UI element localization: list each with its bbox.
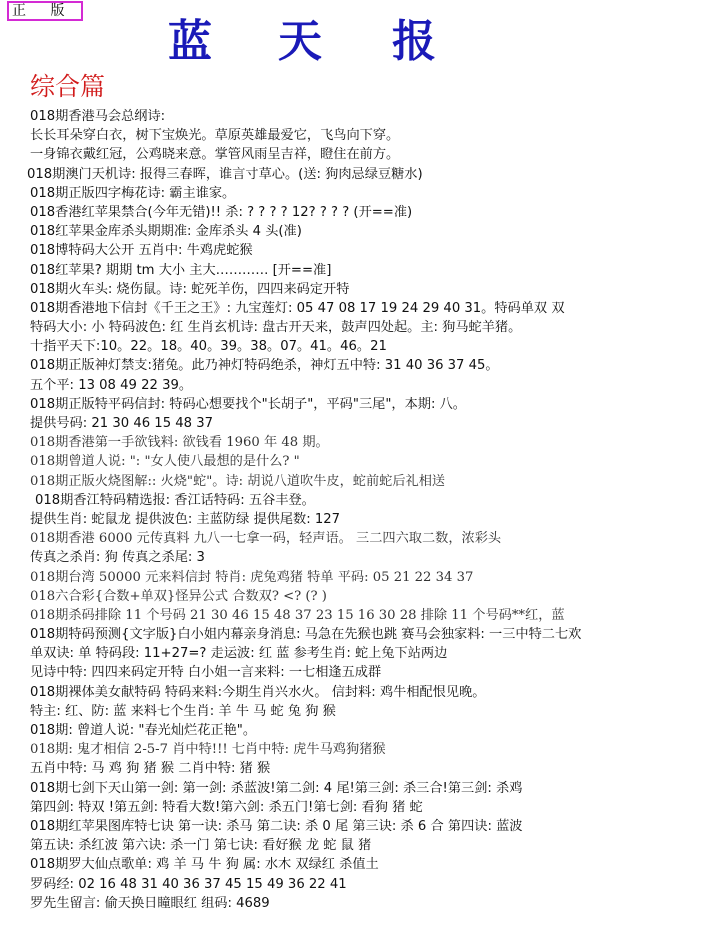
text-line: 018香港红苹果禁合(今年无错)!! 杀: ? ? ? ? 12? ? ? ? … — [30, 203, 706, 222]
text-line: 罗码经: 02 16 48 31 40 36 37 45 15 49 36 22… — [30, 875, 706, 894]
section-title: 综合篇 — [30, 70, 105, 104]
text-line: 018期澳门天机诗: 报得三春晖，谁言寸草心。(送: 狗肉忌绿豆糖水) — [27, 165, 706, 184]
text-line: 018期裸体美女献特码 特码来料:今期生肖兴水火。 信封料: 鸡牛相配恨见晚。 — [30, 683, 706, 702]
text-line: 018期: 曾道人说: "春光灿烂花正艳"。 — [30, 721, 706, 740]
text-line: 018期香港第一手欲钱料: 欲钱看 1960 年 48 期。 — [30, 433, 706, 452]
text-line: 提供生肖: 蛇鼠龙 提供波色: 主蓝防绿 提供尾数: 127 — [30, 510, 706, 529]
text-line: 018期正版特平码信封: 特码心想要找个"长胡子"，平码"三尾"，本期: 八。 — [30, 395, 706, 414]
text-line: 018期正版神灯禁支:猪兔。此乃神灯特码绝杀，神灯五中特: 31 40 36 3… — [30, 356, 706, 375]
text-line: 单双诀: 单 特码段: 11+27=? 走运波: 红 蓝 参考生肖: 蛇上兔下站… — [30, 644, 706, 663]
text-line: 018期香港马会总纲诗: — [30, 107, 706, 126]
text-line: 018期罗大仙点歌单: 鸡 羊 马 牛 狗 属: 水木 双绿红 杀值土 — [30, 855, 706, 874]
text-line: 十指平天下:10。22。18。40。39。38。07。41。46。21 — [30, 337, 706, 356]
text-line: 018博特码大公开 五肖中: 牛鸡虎蛇猴 — [30, 241, 706, 260]
text-line: 见诗中特: 四四来码定开特 白小姐一言来料: 一七相逢五成群 — [30, 663, 706, 682]
text-line: 018期红苹果图库特七诀 第一诀: 杀马 第二诀: 杀 0 尾 第三诀: 杀 6… — [30, 817, 706, 836]
text-line: 018红苹果? 期期 tm 大小 主大………… [开==准] — [30, 261, 706, 280]
text-line: 罗先生留言: 偷天换日瞳眼红 组码: 4689 — [30, 894, 706, 913]
text-line: 018期正版火烧图解:: 火烧"蛇"。诗: 胡说八道吹牛皮，蛇前蛇后礼相送 — [30, 472, 706, 491]
text-line: 018期香港地下信封《千王之王》: 九宝莲灯: 05 47 08 17 19 2… — [30, 299, 706, 318]
text-line: 传真之杀肖: 狗 传真之杀尾: 3 — [30, 548, 706, 567]
text-line: 018期: 鬼才相信 2-5-7 肖中特!!! 七肖中特: 虎牛马鸡狗猪猴 — [30, 740, 706, 759]
text-line: 018六合彩{合数+单双}怪异公式 合数双? <? (? ) — [30, 587, 706, 606]
masthead-title: 蓝 天 报 — [0, 14, 706, 70]
text-line: 018期七剑下天山第一剑: 第一剑: 杀蓝波!第二剑: 4 尾!第三剑: 杀三合… — [30, 779, 706, 798]
text-line: 第四剑: 特双 !第五剑: 特看大数!第六剑: 杀五门!第七剑: 看狗 猪 蛇 — [30, 798, 706, 817]
text-line: 长长耳朵穿白衣，树下宝焕光。草原英雄最爱它，飞鸟向下穿。 — [30, 126, 706, 145]
masthead-char-1: 蓝 — [168, 14, 212, 70]
text-line: 018期台湾 50000 元来料信封 特肖: 虎兔鸡猪 特单 平码: 05 21… — [30, 568, 706, 587]
text-line: 018期正版四字梅花诗: 霸主谁家。 — [30, 184, 706, 203]
text-line: 提供号码: 21 30 46 15 48 37 — [30, 414, 706, 433]
text-line: 018期香港 6000 元传真料 九八一七拿一码，轻声语。 三二四六取二数，浓彩… — [30, 529, 706, 548]
text-line: 特主: 红、防: 蓝 来料七个生肖: 羊 牛 马 蛇 兔 狗 猴 — [30, 702, 706, 721]
text-line: 018期杀码排除 11 个号码 21 30 46 15 48 37 23 15 … — [30, 606, 706, 625]
text-line: 五肖中特: 马 鸡 狗 猪 猴 二肖中特: 猪 猴 — [30, 759, 706, 778]
text-line: 018期特码预测{文字版}白小姐内幕亲身消息: 马急在先猴也跳 赛马会独家料: … — [30, 625, 706, 644]
text-line: 018期火车头: 烧伤鼠。诗: 蛇死羊伤，四四来码定开特 — [30, 280, 706, 299]
masthead-char-3: 报 — [392, 14, 436, 70]
text-line: 018期曾道人说: ": "女人使八最想的是什么? " — [30, 452, 706, 471]
text-line: 五个平: 13 08 49 22 39。 — [30, 376, 706, 395]
text-line: 第五诀: 杀红波 第六诀: 杀一门 第七诀: 看好猴 龙 蛇 鼠 猪 — [30, 836, 706, 855]
masthead-char-2: 天 — [278, 14, 322, 70]
text-line: 特码大小: 小 特码波色: 红 生肖玄机诗: 盘古开天来，鼓声四处起。主: 狗马… — [30, 318, 706, 337]
text-line: 018红苹果金库杀头期期准: 金库杀头 4 头(准) — [30, 222, 706, 241]
text-line: 一身锦衣戴红冠，公鸡晓来意。掌管风雨呈吉祥，瞪住在前方。 — [30, 145, 706, 164]
text-line: 018期香江特码精选报: 香江话特码: 五谷丰登。 — [30, 491, 706, 510]
content-lines: 018期香港马会总纲诗: 长长耳朵穿白衣，树下宝焕光。草原英雄最爱它，飞鸟向下穿… — [30, 107, 706, 913]
